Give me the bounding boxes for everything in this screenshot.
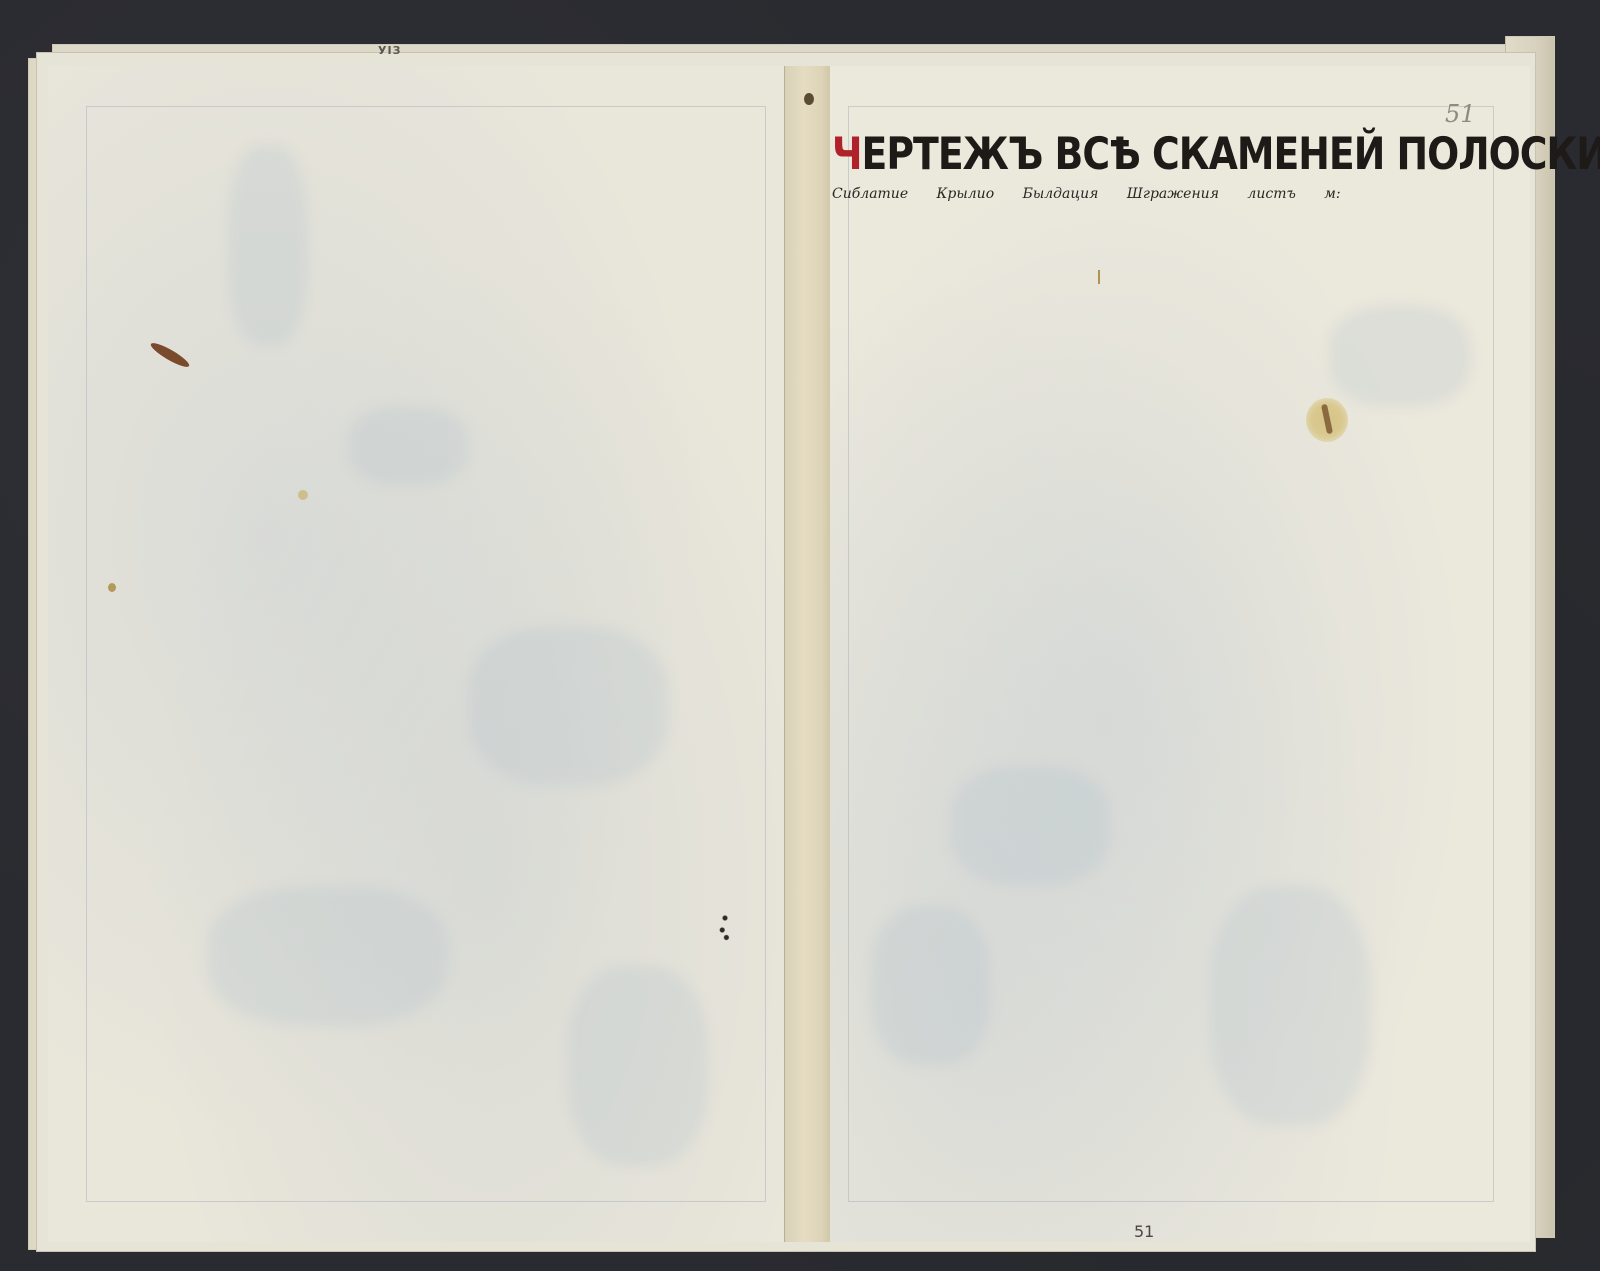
title-text: ЕРТЕЖЪ ВСѢ СКАМЕНЕЙ ПОЛОСКИ РЕКИ МЕНЬШИЯ — [862, 128, 1600, 179]
right-page — [830, 66, 1530, 1242]
map-subtitle: Сиблатие Крылио Былдация Шгражения листъ… — [832, 186, 1341, 202]
map-bleed — [348, 406, 468, 486]
left-page-top-mark: УІЗ — [378, 44, 401, 57]
page-number: 51 — [1134, 1222, 1154, 1241]
stain-mark — [804, 93, 814, 105]
folio-number: 51 — [1445, 100, 1476, 128]
map-bleed — [568, 966, 708, 1166]
map-bleed — [1330, 306, 1470, 406]
binding-gutter — [784, 66, 832, 1242]
wax-stain — [1306, 398, 1348, 442]
ink-blot — [718, 912, 732, 942]
rubricated-initial: Ч — [832, 128, 862, 179]
map-bleed — [468, 626, 668, 786]
stain-mark — [1098, 270, 1100, 284]
map-title: ЧЕРТЕЖЪ ВСѢ СКАМЕНЕЙ ПОЛОСКИ РЕКИ МЕНЬШИ… — [832, 128, 1600, 179]
map-bleed — [950, 766, 1110, 886]
stain-mark — [298, 490, 308, 500]
map-bleed — [228, 146, 308, 346]
stain-mark — [108, 583, 116, 592]
map-bleed — [208, 886, 448, 1026]
map-bleed — [870, 906, 990, 1066]
map-bleed — [1210, 886, 1370, 1126]
left-page — [48, 66, 784, 1242]
manuscript-spread — [36, 52, 1536, 1252]
